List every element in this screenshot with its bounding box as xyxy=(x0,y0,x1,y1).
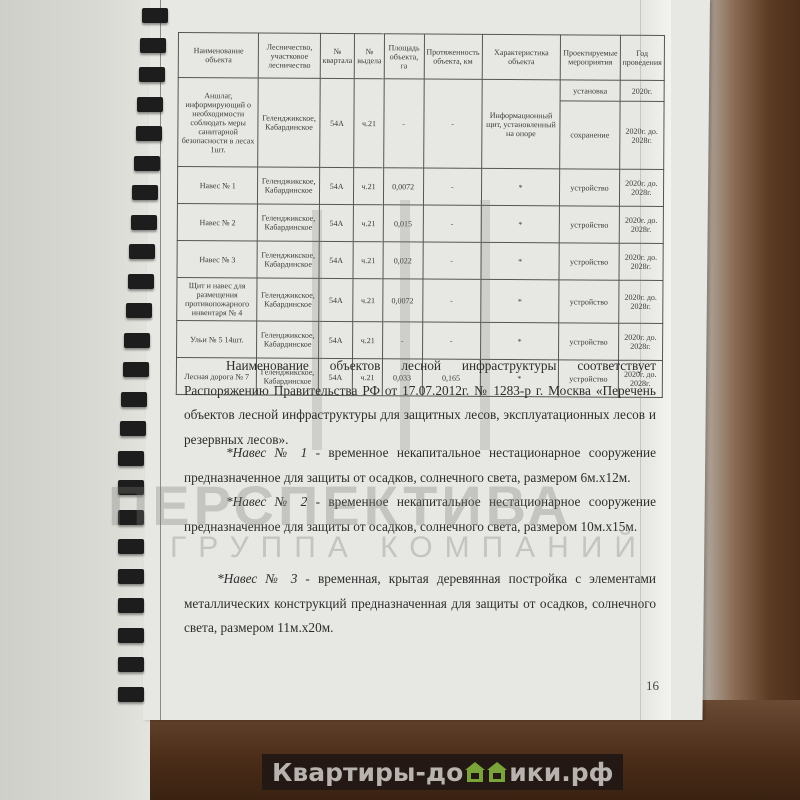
cell-section: ч.21 xyxy=(353,279,383,322)
cell-quarter: 54А xyxy=(318,321,353,358)
cell-name: Навес № 3 xyxy=(177,240,258,277)
binding-ring xyxy=(139,67,165,82)
cell-measure: устройство xyxy=(559,243,619,280)
cell-characteristic: * xyxy=(480,279,559,322)
cell-area: - xyxy=(383,79,423,168)
binding-ring xyxy=(134,156,160,171)
cell-length: - xyxy=(423,242,481,279)
binding-ring xyxy=(131,215,157,230)
paragraph-reference: Наименование объектов лесной инфраструкт… xyxy=(184,354,656,452)
cell-quarter: 54А xyxy=(319,241,354,278)
wooden-desk-right xyxy=(700,0,800,800)
cell-quarter: 54А xyxy=(319,204,354,241)
binding-ring xyxy=(118,657,144,672)
table-header-row: Наименование объекта Лесничество, участк… xyxy=(178,33,664,81)
cell-measure: сохранение xyxy=(560,101,620,169)
cell-name: Ульи № 5 14шт. xyxy=(177,320,258,357)
binding-ring xyxy=(118,687,144,702)
cell-quarter: 54А xyxy=(319,167,354,204)
table-row: Навес № 1 Геленджикское, Кабардинское 54… xyxy=(177,167,663,207)
binding-ring xyxy=(121,392,147,407)
cell-section: ч.21 xyxy=(354,168,384,205)
house-icon xyxy=(487,762,507,782)
header-quarter: № квартала xyxy=(320,33,355,78)
page-number: 16 xyxy=(646,678,659,694)
binding-ring xyxy=(140,38,166,53)
canopy-3-label: *Навес № 3 - xyxy=(217,571,310,586)
cell-name: Навес № 1 xyxy=(177,167,258,204)
binding-ring xyxy=(118,628,144,643)
houses-logo-icon xyxy=(465,762,507,782)
cell-name: Аншлаг, информирующий о необходимости со… xyxy=(178,78,259,167)
header-forestry: Лесничество, участковое лесничество xyxy=(259,33,320,78)
infrastructure-table: Наименование объекта Лесничество, участк… xyxy=(176,32,665,398)
cell-year: 2020г. до. 2028г. xyxy=(619,206,664,243)
binding-ring xyxy=(120,421,146,436)
cell-forestry: Геленджикское, Кабардинское xyxy=(258,167,319,204)
binding-ring xyxy=(137,97,163,112)
cell-name: Щит и навес для размещения противопожарн… xyxy=(177,277,258,320)
cell-measure: устройство xyxy=(559,280,619,323)
header-section: № выдела xyxy=(355,34,385,79)
cell-year: 2020г. до. 2028г. xyxy=(619,243,664,280)
binding-ring xyxy=(124,333,150,348)
header-characteristic: Характеристика объекта xyxy=(482,34,561,79)
table-row: Навес № 3 Геленджикское, Кабардинское 54… xyxy=(177,240,663,280)
cell-length: - xyxy=(423,168,481,205)
table-row: Аншлаг, информирующий о необходимости со… xyxy=(178,78,664,102)
table-row: Навес № 2 Геленджикское, Кабардинское 54… xyxy=(177,203,663,243)
binding-ring xyxy=(128,274,154,289)
site-brand-watermark: Квартиры-до ики.рф xyxy=(262,754,623,790)
cell-year: 2020г. до. 2028г. xyxy=(618,280,663,323)
cell-forestry: Геленджикское, Кабардинское xyxy=(258,78,320,167)
cell-characteristic: * xyxy=(481,168,560,205)
cell-measure: установка xyxy=(560,80,619,101)
paragraph-canopy-3: *Навес № 3 - временная, крытая деревянна… xyxy=(184,567,656,641)
cell-forestry: Геленджикское, Кабардинское xyxy=(257,278,318,321)
cell-characteristic: * xyxy=(481,242,560,279)
cell-forestry: Геленджикское, Кабардинское xyxy=(258,204,319,241)
header-measures: Проектируемые мероприятия xyxy=(561,35,621,80)
binding-ring xyxy=(118,451,144,466)
header-length: Протяженность объекта, км xyxy=(424,34,482,79)
house-icon xyxy=(465,762,485,782)
binding-ring xyxy=(132,185,158,200)
binding-ring xyxy=(118,569,144,584)
cell-forestry: Геленджикское, Кабардинское xyxy=(257,321,318,358)
cell-length: - xyxy=(422,279,480,322)
binding-ring xyxy=(142,8,168,23)
binding-ring xyxy=(136,126,162,141)
header-name: Наименование объекта xyxy=(178,33,259,78)
cell-quarter: 54А xyxy=(319,78,354,167)
brand-text-start: Квартиры-до xyxy=(272,758,463,787)
cell-forestry: Геленджикское, Кабардинское xyxy=(257,241,318,278)
cell-section: ч.21 xyxy=(354,205,384,242)
cell-section: ч.21 xyxy=(354,79,384,168)
binding-ring xyxy=(129,244,155,259)
cell-measure: устройство xyxy=(560,206,620,243)
binding-ring xyxy=(123,362,149,377)
binding-ring xyxy=(118,539,144,554)
header-year: Год проведения xyxy=(620,35,665,80)
cell-characteristic: * xyxy=(481,205,560,242)
watermark-subtitle: ГРУППА КОМПАНИЙ xyxy=(170,532,648,564)
spiral-binding xyxy=(118,0,158,720)
cell-measure: устройство xyxy=(560,169,620,206)
table-row: Щит и навес для размещения противопожарн… xyxy=(177,277,663,323)
header-area: Площадь объекта, га xyxy=(384,34,424,79)
cell-year: 2020г. xyxy=(620,80,664,101)
binding-ring xyxy=(126,303,152,318)
cell-year: 2020г. до. 2028г. xyxy=(619,101,664,169)
watermark-title: ПЕРСПЕКТИВА xyxy=(108,478,572,534)
cell-quarter: 54А xyxy=(318,278,353,321)
cell-length: - xyxy=(423,79,482,168)
brand-text-end: ики.рф xyxy=(509,758,613,787)
cell-name: Навес № 2 xyxy=(177,203,258,240)
cell-section: ч.21 xyxy=(353,242,383,279)
cell-year: 2020г. до. 2028г. xyxy=(619,169,664,206)
canopy-1-label: *Навес № 1 - xyxy=(226,445,320,460)
cell-length: - xyxy=(423,205,481,242)
cell-characteristic: Информационный щит, установленный на опо… xyxy=(481,79,560,168)
binding-ring xyxy=(118,598,144,613)
